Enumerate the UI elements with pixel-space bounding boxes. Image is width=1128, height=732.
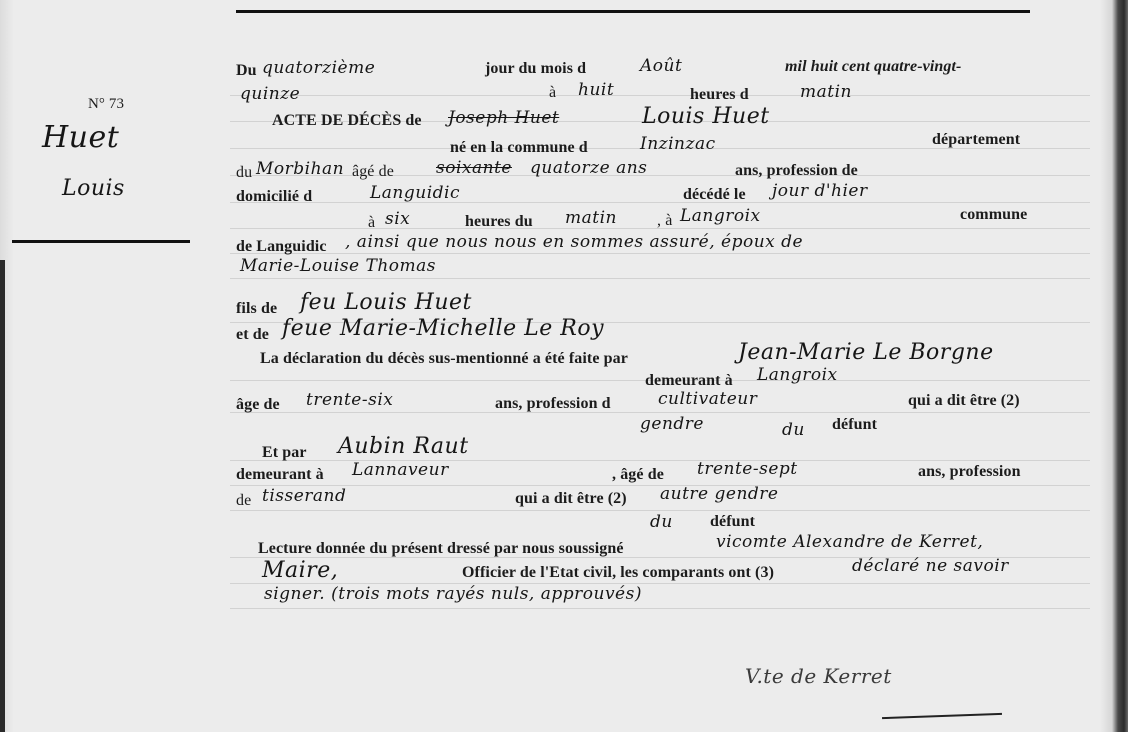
printed-domicile: domicilié d xyxy=(236,188,312,206)
field-declarant2-residence: Lannaveur xyxy=(352,460,449,480)
ruled-line xyxy=(230,253,1090,254)
field-father: feu Louis Huet xyxy=(300,290,472,315)
field-declarant2-du: du xyxy=(650,512,673,532)
printed-profession2: ans, profession xyxy=(918,463,1021,481)
field-declarant1-residence: Langroix xyxy=(757,365,838,385)
printed-and-by: Et par xyxy=(262,444,307,462)
printed-a2: à xyxy=(368,214,375,232)
printed-relation: qui a dit être (2) xyxy=(908,392,1020,410)
printed-a3: , à xyxy=(657,212,672,230)
printed-a: à xyxy=(549,84,556,102)
ruled-line xyxy=(230,95,1090,96)
field-hour: huit xyxy=(578,80,614,100)
field-declarant2-relation: autre gendre xyxy=(660,484,778,504)
field-death-place: Langroix xyxy=(680,206,761,226)
field-deceased-name: Louis Huet xyxy=(642,104,770,129)
entry-number: N° 73 xyxy=(88,96,124,113)
field-declarant1-age: trente-six xyxy=(306,390,393,410)
printed-du: Du xyxy=(236,62,257,80)
margin-given-name: Louis xyxy=(62,176,125,201)
printed-relation2: qui a dit être (2) xyxy=(515,490,627,508)
binding-edge xyxy=(0,260,5,732)
printed-reading: Lecture donnée du présent dressé par nou… xyxy=(258,540,624,558)
field-declarant1-relation: gendre xyxy=(640,414,704,434)
signature-underline xyxy=(882,713,1002,719)
field-mother: feue Marie-Michelle Le Roy xyxy=(282,316,604,341)
printed-son-of: fils de xyxy=(236,300,277,318)
printed-profession-d: ans, profession d xyxy=(495,395,611,413)
printed-departement: département xyxy=(932,131,1020,149)
printed-defunt2: défunt xyxy=(710,513,755,531)
printed-age3: , âgé de xyxy=(612,466,664,484)
printed-jour-du-mois: jour du mois d xyxy=(485,60,586,78)
printed-declaration: La déclaration du décès sus-mentionné a … xyxy=(260,350,628,368)
field-deceased-struck: Joseph Huet xyxy=(448,108,559,128)
field-death-time: matin xyxy=(565,208,617,228)
field-month: Août xyxy=(640,56,682,76)
printed-year-prefix: mil huit cent quatre-vingt- xyxy=(785,58,962,76)
printed-heures: heures d xyxy=(690,86,749,104)
field-declarant1-profession: cultivateur xyxy=(658,389,757,409)
printed-residing2: demeurant à xyxy=(236,466,324,484)
field-birth-commune: Inzinzac xyxy=(640,134,716,154)
field-declarant1: Jean-Marie Le Borgne xyxy=(738,340,994,365)
field-declarant1-du: du xyxy=(782,420,805,440)
field-age: quatorze ans xyxy=(530,158,647,178)
printed-residing: demeurant à xyxy=(645,372,733,390)
officer-signature: V.te de Kerret xyxy=(745,664,892,688)
ruled-line xyxy=(230,510,1090,511)
act-title: ACTE DE DÉCÈS de xyxy=(272,112,422,130)
field-death-date: jour d'hier xyxy=(772,181,868,201)
printed-deceased-on: décédé le xyxy=(683,186,746,204)
field-time-of-day: matin xyxy=(800,82,852,102)
field-declarant2-age: trente-sept xyxy=(697,459,798,479)
field-day: quatorzième xyxy=(262,58,375,78)
ruled-line xyxy=(230,202,1090,203)
printed-and-of: et de xyxy=(236,326,269,344)
printed-age2: âge de xyxy=(236,396,280,414)
field-birth-dept: Morbihan xyxy=(256,159,344,179)
field-death-hour: six xyxy=(385,209,410,229)
printed-officer: Officier de l'Etat civil, les comparants… xyxy=(462,564,774,582)
printed-commune: commune xyxy=(960,206,1027,224)
field-officer: vicomte Alexandre de Kerret, xyxy=(716,532,983,552)
field-age-struck: soixante xyxy=(436,158,512,178)
margin-separator-rule xyxy=(12,240,190,243)
field-remark: , ainsi que nous nous en sommes assuré, … xyxy=(345,232,803,252)
field-declarant2-profession: tisserand xyxy=(262,486,346,506)
field-sign-note: signer. (trois mots rayés nuls, approuvé… xyxy=(264,584,642,604)
printed-birth-commune: né en la commune d xyxy=(450,139,588,157)
ruled-line xyxy=(230,278,1090,279)
ruled-line xyxy=(230,608,1090,609)
ruled-line xyxy=(230,412,1090,413)
field-residence: Languidic xyxy=(370,183,460,203)
field-declared: déclaré ne savoir xyxy=(852,556,1009,576)
field-year-suffix: quinze xyxy=(240,84,300,104)
register-page: N° 73 Huet Louis Du quatorzième jour du … xyxy=(0,0,1128,732)
printed-age: âgé de xyxy=(352,163,394,181)
field-officer-title: Maire, xyxy=(262,558,338,583)
field-spouse: Marie-Louise Thomas xyxy=(240,256,436,276)
printed-du-dept: du xyxy=(236,164,252,182)
margin-surname: Huet xyxy=(42,120,119,155)
printed-de-prof: de xyxy=(236,492,251,510)
printed-profession: ans, profession de xyxy=(735,162,858,180)
printed-heures-du: heures du xyxy=(465,213,533,231)
field-declarant2: Aubin Raut xyxy=(338,434,469,459)
printed-defunt: défunt xyxy=(832,416,877,434)
top-rule xyxy=(236,10,1030,13)
printed-languidic: de Languidic xyxy=(236,238,327,256)
